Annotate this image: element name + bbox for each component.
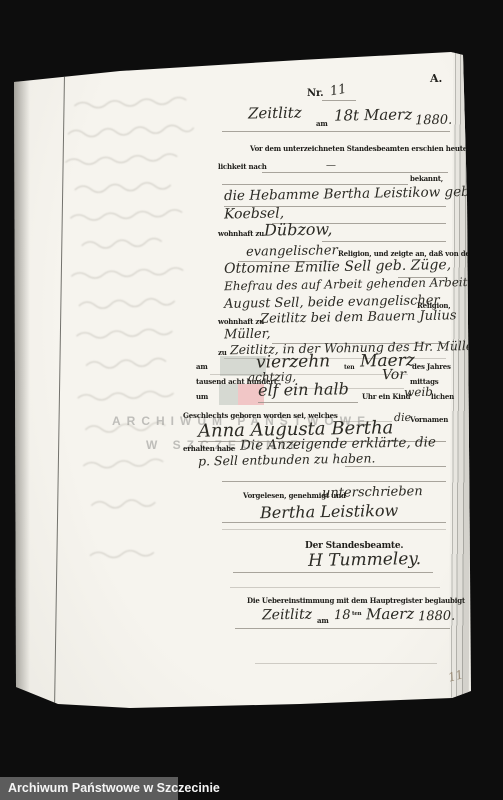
ruled-line [233,572,433,573]
handwritten-place: Zeitlitz [248,104,302,123]
handwritten-date: 18t Maerz [334,105,412,124]
record-number-value: 11 [329,82,348,100]
printed-erhalten-habe: erhalten habe [183,444,235,453]
handwritten-year: 1880. [415,113,452,129]
handwritten-religion-1: evangelischer [246,243,338,260]
printed-ten-1: ten [344,364,354,371]
ruled-line [210,374,408,375]
ruled-line [322,241,446,242]
handwritten-cert-year: 1880. [418,609,455,625]
handwritten-unterschrieben: unterschrieben [322,484,423,501]
printed-des-jahres: des Jahres [412,362,451,371]
handwritten-residence-2: Zeitlitz bei dem Bauern Julius [260,308,457,326]
ruled-line [222,131,450,132]
record-number-label: Nr. [307,88,323,99]
ruled-line [345,466,446,467]
printed-religion-clause: Religion, und zeigte an, daß von der [338,249,473,258]
handwritten-cert-day: 18 [334,608,351,623]
handwritten-cert-month: Maerz [366,605,415,624]
printed-intro-line1: Vor dem unterzeichneten Standesbeamten e… [250,144,503,153]
handwritten-signature-midwife: Bertha Leistikow [260,501,399,522]
printed-intro-line2: lichkeit nach [218,162,267,171]
printed-cert-am: am [317,616,329,625]
handwritten-die: die [394,411,411,424]
handwritten-mother-status: Ehefrau des auf Arbeit gehenden Arbeiter… [224,275,487,294]
ruled-line [222,481,446,482]
color-patch-grey-2 [219,384,238,405]
archive-footer-label: Archiwum Państwowe w Szczecinie [0,777,178,800]
printed-wohnhaft-zu-2: wohnhaft zu [218,317,264,326]
archive-scan-viewer: ARCHIWUM PAŃSTWOWE W SZCZECINIE A. Nr. 1… [0,0,503,800]
ruled-line [322,100,356,101]
handwritten-weib: weib [404,385,433,400]
handwritten-vor: Vor [382,367,406,383]
printed-am-2: am [196,362,208,371]
ruled-line [258,402,358,403]
handwritten-residence-1: Dübzow, [264,219,333,239]
ruled-line [222,529,446,530]
printed-um: um [196,392,208,401]
handwritten-mark: — [326,160,336,171]
form-corner-letter: A. [430,72,442,85]
handwritten-cert-place: Zeitlitz [262,607,312,624]
printed-am: am [316,119,328,128]
printed-cert-ten: ten [352,611,361,617]
printed-lichen: lichen [431,392,454,401]
ruled-line [222,522,446,523]
ruled-line [255,663,437,664]
handwritten-midwife-line1: die Hebamme Bertha Leistikow geb. [224,184,474,204]
printed-certification: Die Uebereinstimmung mit dem Hauptregist… [247,596,465,605]
printed-wohnhaft-zu-1: wohnhaft zu [218,229,264,238]
ruled-line [235,628,450,629]
ruled-line [262,172,448,173]
handwritten-residence-3: Müller, [224,327,271,343]
printed-vornamen: Vornamen [410,415,448,424]
scanned-page: ARCHIWUM PAŃSTWOWE W SZCZECINIE A. Nr. 1… [0,0,503,800]
printed-bekannt: bekannt, [410,174,443,183]
handwritten-registrar-signature-1: H Tummeley. [308,549,421,571]
printed-zu: zu [218,348,227,357]
ruled-line [230,587,440,588]
handwritten-birth-time: elf ein halb [258,379,349,400]
handwritten-mother-name: Ottomine Emilie Sell geb. Züge, [224,257,451,277]
